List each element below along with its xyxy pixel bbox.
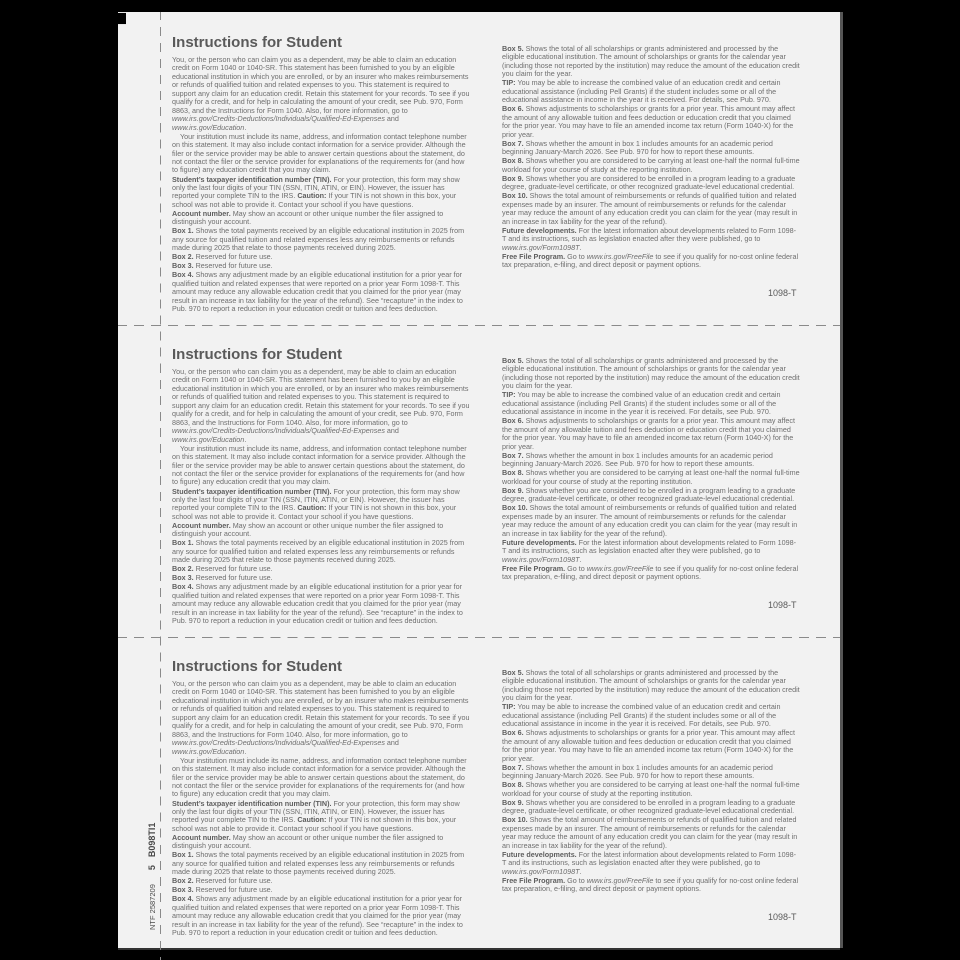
page-right-edge	[840, 12, 843, 948]
box8-paragraph: Box 8. Shows whether you are considered …	[502, 469, 800, 486]
box6-paragraph: Box 6. Shows adjustments to scholarships…	[502, 729, 800, 763]
box10-paragraph: Box 10. Shows the total amount of reimbu…	[502, 504, 800, 538]
free-file-paragraph: Free File Program. Go to www.irs.gov/Fre…	[502, 565, 800, 582]
box1-paragraph: Box 1. Shows the total payments received…	[172, 227, 470, 252]
account-paragraph: Account number. May show an account or o…	[172, 834, 470, 851]
future-developments-paragraph: Future developments. For the latest info…	[502, 227, 800, 252]
form-label: 1098-T	[768, 600, 797, 610]
box5-paragraph: Box 5. Shows the total of all scholarshi…	[502, 669, 800, 703]
intro-paragraph: You, or the person who can claim you as …	[172, 680, 470, 756]
box6-paragraph: Box 6. Shows adjustments to scholarships…	[502, 417, 800, 451]
right-column: Box 5. Shows the total of all scholarshi…	[502, 669, 800, 894]
future-developments-paragraph: Future developments. For the latest info…	[502, 851, 800, 876]
account-paragraph: Account number. May show an account or o…	[172, 522, 470, 539]
institution-paragraph: Your institution must include its name, …	[172, 133, 470, 175]
form-label: 1098-T	[768, 912, 797, 922]
left-column: You, or the person who can claim you as …	[172, 368, 470, 626]
link-form1098t[interactable]: www.irs.gov/Form1098T	[502, 867, 580, 876]
tip-paragraph: TIP: You may be able to increase the com…	[502, 391, 800, 416]
panel-title: Instructions for Student	[172, 346, 342, 363]
box5-paragraph: Box 5. Shows the total of all scholarshi…	[502, 357, 800, 391]
tip-paragraph: TIP: You may be able to increase the com…	[502, 703, 800, 728]
box8-paragraph: Box 8. Shows whether you are considered …	[502, 157, 800, 174]
box1-paragraph: Box 1. Shows the total payments received…	[172, 851, 470, 876]
box10-paragraph: Box 10. Shows the total amount of reimbu…	[502, 192, 800, 226]
box7-paragraph: Box 7. Shows whether the amount in box 1…	[502, 764, 800, 781]
form-label: 1098-T	[768, 288, 797, 298]
print-code-number: 5	[147, 865, 157, 870]
box6-paragraph: Box 6. Shows adjustments to scholarships…	[502, 105, 800, 139]
free-file-paragraph: Free File Program. Go to www.irs.gov/Fre…	[502, 877, 800, 894]
intro-paragraph: You, or the person who can claim you as …	[172, 368, 470, 444]
box4-paragraph: Box 4. Shows any adjustment made by an e…	[172, 271, 470, 313]
instructions-panel-2: Instructions for Student You, or the per…	[172, 346, 812, 646]
right-column: Box 5. Shows the total of all scholarshi…	[502, 45, 800, 270]
page-left-margin	[118, 25, 126, 948]
box8-paragraph: Box 8. Shows whether you are considered …	[502, 781, 800, 798]
institution-paragraph: Your institution must include its name, …	[172, 445, 470, 487]
box10-paragraph: Box 10. Shows the total amount of reimbu…	[502, 816, 800, 850]
box5-paragraph: Box 5. Shows the total of all scholarshi…	[502, 45, 800, 79]
box9-paragraph: Box 9. Shows whether you are considered …	[502, 175, 800, 192]
box7-paragraph: Box 7. Shows whether the amount in box 1…	[502, 140, 800, 157]
box4-paragraph: Box 4. Shows any adjustment made by an e…	[172, 895, 470, 937]
link-education[interactable]: www.irs.gov/Education	[172, 435, 244, 444]
link-form1098t[interactable]: www.irs.gov/Form1098T	[502, 243, 580, 252]
tin-paragraph: Student’s taxpayer identification number…	[172, 488, 470, 522]
link-education[interactable]: www.irs.gov/Education	[172, 747, 244, 756]
right-column: Box 5. Shows the total of all scholarshi…	[502, 357, 800, 582]
link-form1098t[interactable]: www.irs.gov/Form1098T	[502, 555, 580, 564]
tip-paragraph: TIP: You may be able to increase the com…	[502, 79, 800, 104]
box9-paragraph: Box 9. Shows whether you are considered …	[502, 799, 800, 816]
box1-paragraph: Box 1. Shows the total payments received…	[172, 539, 470, 564]
print-code-form: B098TI1	[147, 823, 157, 858]
free-file-paragraph: Free File Program. Go to www.irs.gov/Fre…	[502, 253, 800, 270]
box9-paragraph: Box 9. Shows whether you are considered …	[502, 487, 800, 504]
left-column: You, or the person who can claim you as …	[172, 680, 470, 938]
institution-paragraph: Your institution must include its name, …	[172, 757, 470, 799]
tin-paragraph: Student’s taxpayer identification number…	[172, 176, 470, 210]
print-code-ntf: NTF 2587209	[148, 884, 157, 930]
left-column: You, or the person who can claim you as …	[172, 56, 470, 314]
instructions-panel-1: Instructions for Student You, or the per…	[172, 34, 812, 334]
panel-title: Instructions for Student	[172, 34, 342, 51]
box7-paragraph: Box 7. Shows whether the amount in box 1…	[502, 452, 800, 469]
instructions-panel-3: Instructions for Student You, or the per…	[172, 658, 812, 958]
future-developments-paragraph: Future developments. For the latest info…	[502, 539, 800, 564]
box4-paragraph: Box 4. Shows any adjustment made by an e…	[172, 583, 470, 625]
account-paragraph: Account number. May show an account or o…	[172, 210, 470, 227]
link-education[interactable]: www.irs.gov/Education	[172, 123, 244, 132]
vertical-print-code: NTF 2587209 5 B098TI1	[147, 823, 157, 930]
panel-title: Instructions for Student	[172, 658, 342, 675]
intro-paragraph: You, or the person who can claim you as …	[172, 56, 470, 132]
tin-paragraph: Student’s taxpayer identification number…	[172, 800, 470, 834]
vertical-perforation-line	[160, 12, 161, 960]
